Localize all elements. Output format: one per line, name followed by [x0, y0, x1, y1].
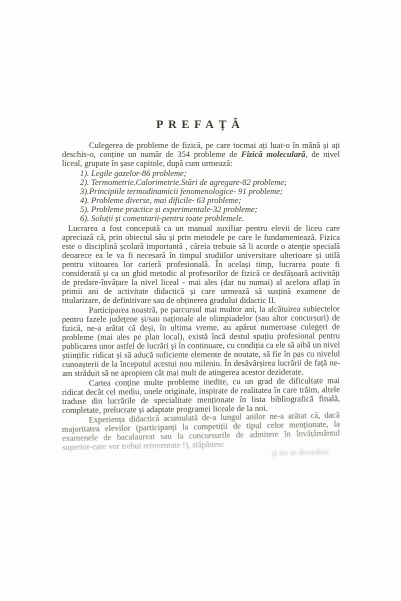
paragraph-participation: Participarea noastră, pe parcursul mai m… — [62, 304, 340, 378]
chapter-item-4: 4). Probleme diverse, mai dificile- 63 p… — [80, 196, 340, 205]
paragraph-book-content: Cartea conține multe probleme inedite, c… — [62, 376, 340, 415]
chapter-item-1: 1). Legile gazelor-86 probleme; — [80, 169, 340, 178]
chapter-list: 1). Legile gazelor-86 probleme; 2). Term… — [62, 169, 340, 223]
paragraph-intro: Culegerea de probleme de fizică, pe care… — [62, 141, 340, 168]
text-block: Culegerea de probleme de fizică, pe care… — [62, 141, 340, 462]
chapter-item-2: 2). Termometrie.Calorimetrie.Stări de ag… — [80, 178, 340, 187]
scanned-page: PREFAŢĂ Culegerea de probleme de fizică,… — [0, 0, 401, 601]
paragraph-purpose: Lucrarea a fost concepută ca un manual a… — [62, 224, 340, 305]
paragraph-experience: Experiența didactică acumulată de-a lung… — [62, 411, 341, 452]
chapter-item-3: 3).Principiile termodinamicii fenomenolo… — [80, 187, 340, 196]
chapter-item-5: 5). Probleme practice și experimentale-3… — [80, 205, 340, 214]
book-subject-term: Fizică moleculară — [241, 150, 305, 159]
page-title: PREFAŢĂ — [62, 119, 339, 131]
chapter-item-6: 6). Soluții și comentarii-pentru toate p… — [80, 214, 340, 223]
